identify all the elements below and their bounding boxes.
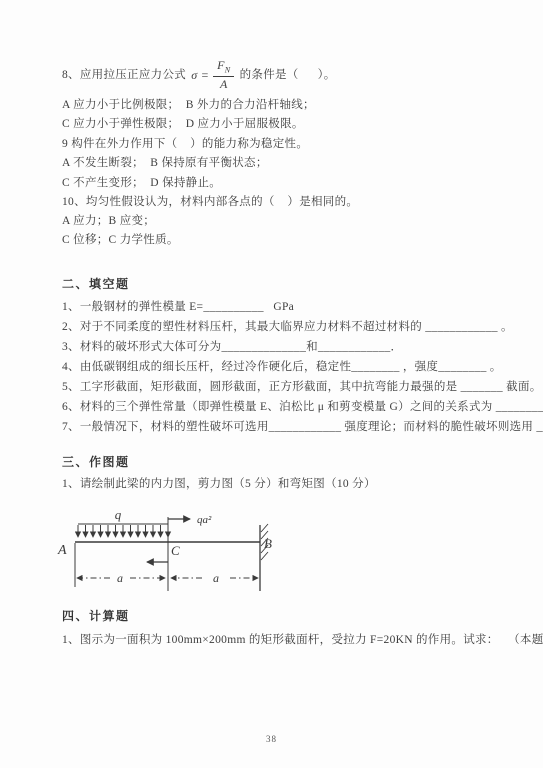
- formula-denominator: A: [220, 77, 228, 91]
- dimension-label-right: a: [213, 571, 219, 585]
- formula-numerator: FN: [213, 59, 234, 77]
- question-10-options-cd: C 位移；C 力学性质。: [62, 233, 179, 247]
- fill-item-6: 6、材料的三个弹性常量（即弹性模量 E、泊松比 μ 和剪变模量 G）之间的关系式…: [62, 400, 543, 414]
- question-8-options-ab: A 应力小于比例极限； B 外力的合力沿杆轴线；: [62, 98, 315, 112]
- fill-item-5: 5、工字形截面，矩形截面，圆形截面，正方形截面，其中抗弯能力最强的是 _____…: [62, 380, 542, 394]
- moment-label: qa²: [197, 514, 212, 526]
- fill-item-4: 4、由低碳钢组成的细长压杆，经过冷作硬化后，稳定性________ ，强度___…: [62, 360, 502, 374]
- node-label-b: B: [264, 536, 272, 551]
- load-label: q: [115, 507, 122, 522]
- formula-lhs: σ =: [191, 68, 209, 82]
- question-8-suffix: 的条件是（ ）。: [236, 68, 335, 82]
- fill-item-7: 7、一般情况下，材料的塑性破坏可选用____________ 强度理论；而材料的…: [62, 420, 543, 434]
- question-8: 8、应用拉压正应力公式 σ = FN A 的条件是（ ）。: [62, 60, 336, 90]
- question-9-options-ab: A 不发生断裂； B 保持原有平衡状态；: [62, 156, 268, 170]
- question-8-options-cd: C 应力小于弹性极限； D 应力小于屈服极限。: [62, 117, 304, 131]
- section-title-fill: 二、填空题: [62, 277, 130, 291]
- fill-item-3: 3、材料的破坏形式大体可分为______________和___________…: [62, 340, 402, 354]
- node-label-a: A: [57, 543, 67, 558]
- formula-fraction: FN A: [213, 59, 234, 90]
- stress-formula: σ = FN A: [191, 59, 234, 90]
- section-title-calc: 四、计算题: [62, 609, 130, 623]
- fill-item-1: 1、一般钢材的弹性模量 E=__________ GPa: [62, 300, 294, 314]
- question-8-prefix: 8、应用拉压正应力公式: [62, 68, 189, 82]
- beam-diagram-svg: q qa²: [52, 503, 292, 603]
- distributed-load: [78, 524, 168, 537]
- exam-document-page: 8、应用拉压正应力公式 σ = FN A 的条件是（ ）。 A 应力小于比例极限…: [0, 0, 543, 768]
- question-10-options-ab: A 应力；B 应变；: [62, 214, 155, 228]
- section-title-drawing: 三、作图题: [62, 455, 130, 469]
- dimension-label-left: a: [117, 571, 123, 585]
- fill-item-2: 2、对于不同柔度的塑性材料压杆，其最大临界应力材料不超过材料的 ________…: [62, 320, 513, 334]
- question-9: 9 构件在外力作用下（ ）的能力称为稳定性。: [62, 137, 308, 151]
- calc-item-1: 1、图示为一面积为 100mm×200mm 的矩形截面杆，受拉力 F=20KN …: [62, 633, 543, 647]
- question-9-options-cd: C 不产生变形； D 保持静止。: [62, 176, 221, 190]
- page-number: 38: [0, 734, 543, 744]
- drawing-item-1: 1、请绘制此梁的内力图，剪力图（5 分）和弯矩图（10 分）: [62, 477, 376, 491]
- node-label-c: C: [171, 543, 180, 558]
- beam-diagram: q qa²: [52, 503, 292, 603]
- question-10: 10、均匀性假设认为，材料内部各点的（ ）是相同的。: [62, 195, 358, 209]
